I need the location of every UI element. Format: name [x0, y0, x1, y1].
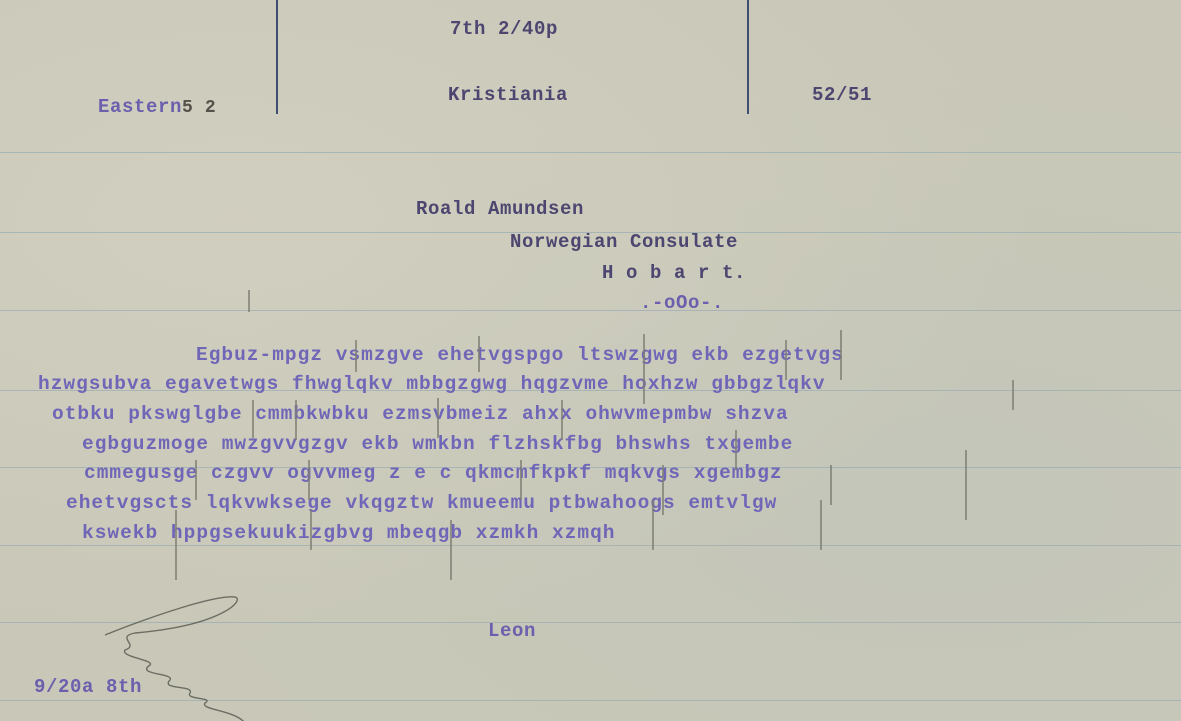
sender-signature: Leon	[488, 620, 536, 642]
pencil-mark	[175, 510, 177, 580]
message-line: ehetvgscts lqkvwksege vkqgztw kmueemu pt…	[66, 492, 777, 514]
message-line: cmmegusge czgvv ogvvmeg z e c qkmcmfkpkf…	[84, 462, 783, 484]
pencil-mark	[248, 290, 250, 312]
header-line-code: Eastern5 2	[74, 74, 216, 118]
pencil-mark	[965, 450, 967, 520]
ruled-line	[0, 545, 1181, 546]
message-line: hzwgsubva egavetwgs fhwglqkv mbbgzgwg hq…	[38, 373, 826, 395]
pencil-mark	[820, 500, 822, 550]
pencil-mark	[355, 340, 357, 372]
header-number: 52/51	[812, 84, 872, 106]
pencil-mark	[478, 336, 480, 372]
pencil-mark	[830, 465, 832, 505]
handwritten-initials	[95, 585, 315, 721]
addressee-line3: H o b a r t.	[602, 262, 746, 284]
message-line: otbku pkswglgbe cmmbkwbku ezmsvbmeiz ahx…	[52, 403, 789, 425]
addressee-name: Roald Amundsen	[416, 198, 584, 220]
line-mark: 5 2	[182, 98, 216, 118]
pencil-mark	[308, 460, 310, 500]
pencil-mark	[643, 334, 645, 404]
line-label: Eastern	[98, 96, 182, 118]
pencil-mark	[437, 398, 439, 438]
message-line: kswekb hppgsekuukizgbvg mbeqgb xzmkh xzm…	[82, 522, 615, 544]
pencil-mark	[450, 520, 452, 580]
ruled-line	[0, 152, 1181, 153]
pencil-mark	[662, 465, 664, 515]
pencil-mark	[195, 460, 197, 500]
pencil-mark	[252, 400, 254, 438]
address-separator: .-oOo-.	[640, 292, 724, 314]
ruled-line	[0, 310, 1181, 311]
pencil-mark	[520, 460, 522, 500]
pencil-mark	[1012, 380, 1014, 410]
pencil-mark	[735, 430, 737, 470]
addressee-line2: Norwegian Consulate	[510, 231, 738, 253]
pencil-mark	[840, 330, 842, 380]
column-divider	[747, 0, 749, 114]
message-line: Egbuz-mpgz vsmzgve ehetvgspgo ltswzgwg e…	[196, 344, 844, 366]
pencil-mark	[561, 400, 563, 440]
pencil-mark	[310, 510, 312, 550]
header-origin: Kristiania	[448, 84, 568, 106]
header-time: 7th 2/40p	[450, 18, 558, 40]
pencil-mark	[652, 500, 654, 550]
column-divider	[276, 0, 278, 114]
pencil-mark	[295, 400, 297, 440]
pencil-mark	[785, 340, 787, 380]
